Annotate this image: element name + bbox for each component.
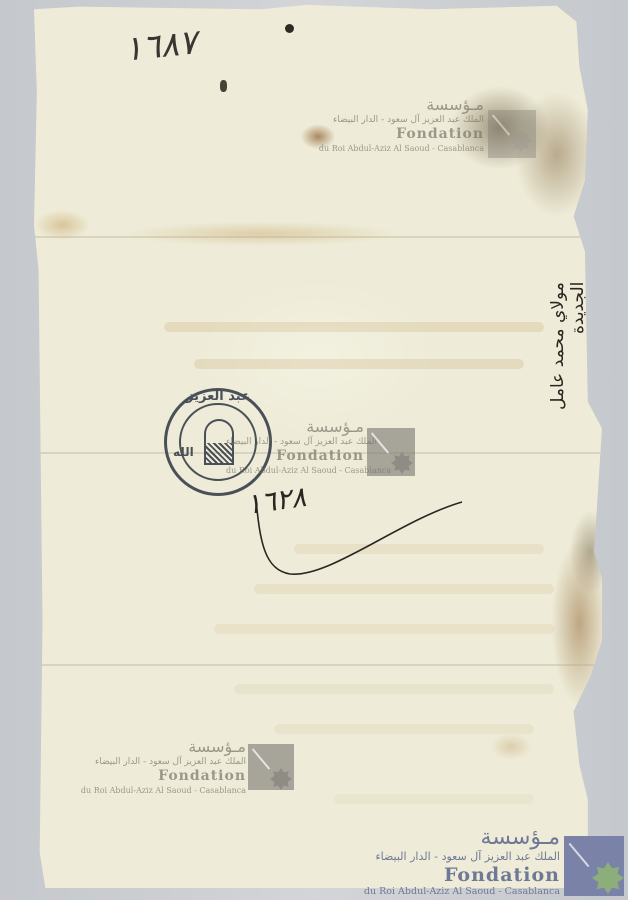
watermark-ar-subtitle: الملك عبد العزيز آل سعود - الدار البيضاء xyxy=(300,114,484,126)
faded-text-line xyxy=(274,724,534,734)
faded-text-line xyxy=(234,684,554,694)
watermark-fr-subtitle: du Roi Abdul-Aziz Al Saoud - Casablanca xyxy=(226,465,364,476)
watermark-fr-title: Fondation xyxy=(226,448,364,465)
foundation-logo-icon xyxy=(367,428,415,476)
foundation-logo-icon xyxy=(248,744,294,790)
watermark-ar-title: مـؤسسة xyxy=(300,96,484,114)
margin-note: مولاي محمد عامل الجديدة xyxy=(548,282,588,432)
watermark-ar-subtitle: الملك عبد العزيز آل سعود - الدار البيضاء xyxy=(226,436,364,448)
watermark-ar-title: مـؤسسة xyxy=(226,418,364,436)
signature-flourish-icon xyxy=(250,490,470,580)
fold-line xyxy=(34,236,602,238)
faded-text-line xyxy=(194,359,524,369)
watermark-lower-left: مـؤسسة الملك عبد العزيز آل سعود - الدار … xyxy=(80,738,246,796)
watermark-bottom-right: مـؤسسة الملك عبد العزيز آل سعود - الدار … xyxy=(358,826,560,898)
watermark-ar-subtitle: الملك عبد العزيز آل سعود - الدار البيضاء xyxy=(358,850,560,864)
watermark-ar-title: مـؤسسة xyxy=(358,826,560,850)
faded-text-line xyxy=(164,322,544,332)
watermark-ar-title: مـؤسسة xyxy=(80,738,246,756)
scan-background: ١٦٨٧ مولاي محمد عامل الجديدة عبد العزيز … xyxy=(0,0,628,900)
watermark-fr-title: Fondation xyxy=(358,864,560,886)
foundation-logo-icon xyxy=(488,110,536,158)
watermark-fr-title: Fondation xyxy=(80,768,246,785)
faded-text-line xyxy=(214,624,554,634)
foundation-logo-icon xyxy=(564,836,624,896)
ink-spot xyxy=(285,24,294,33)
seal-text-top: عبد العزيز xyxy=(167,389,269,404)
catalog-number: ١٦٨٧ xyxy=(122,22,199,69)
watermark-ar-subtitle: الملك عبد العزيز آل سعود - الدار البيضاء xyxy=(80,756,246,768)
faded-text-line xyxy=(334,794,534,804)
faded-text-line xyxy=(254,584,554,594)
watermark-fr-subtitle: du Roi Abdul-Aziz Al Saoud - Casablanca xyxy=(300,143,484,154)
ink-spot xyxy=(220,80,227,92)
watermark-middle: مـؤسسة الملك عبد العزيز آل سعود - الدار … xyxy=(226,418,364,476)
watermark-fr-subtitle: du Roi Abdul-Aziz Al Saoud - Casablanca xyxy=(358,886,560,898)
watermark-fr-subtitle: du Roi Abdul-Aziz Al Saoud - Casablanca xyxy=(80,785,246,796)
fold-line xyxy=(34,664,602,666)
watermark-fr-title: Fondation xyxy=(300,126,484,143)
watermark-top: مـؤسسة الملك عبد العزيز آل سعود - الدار … xyxy=(300,96,484,154)
